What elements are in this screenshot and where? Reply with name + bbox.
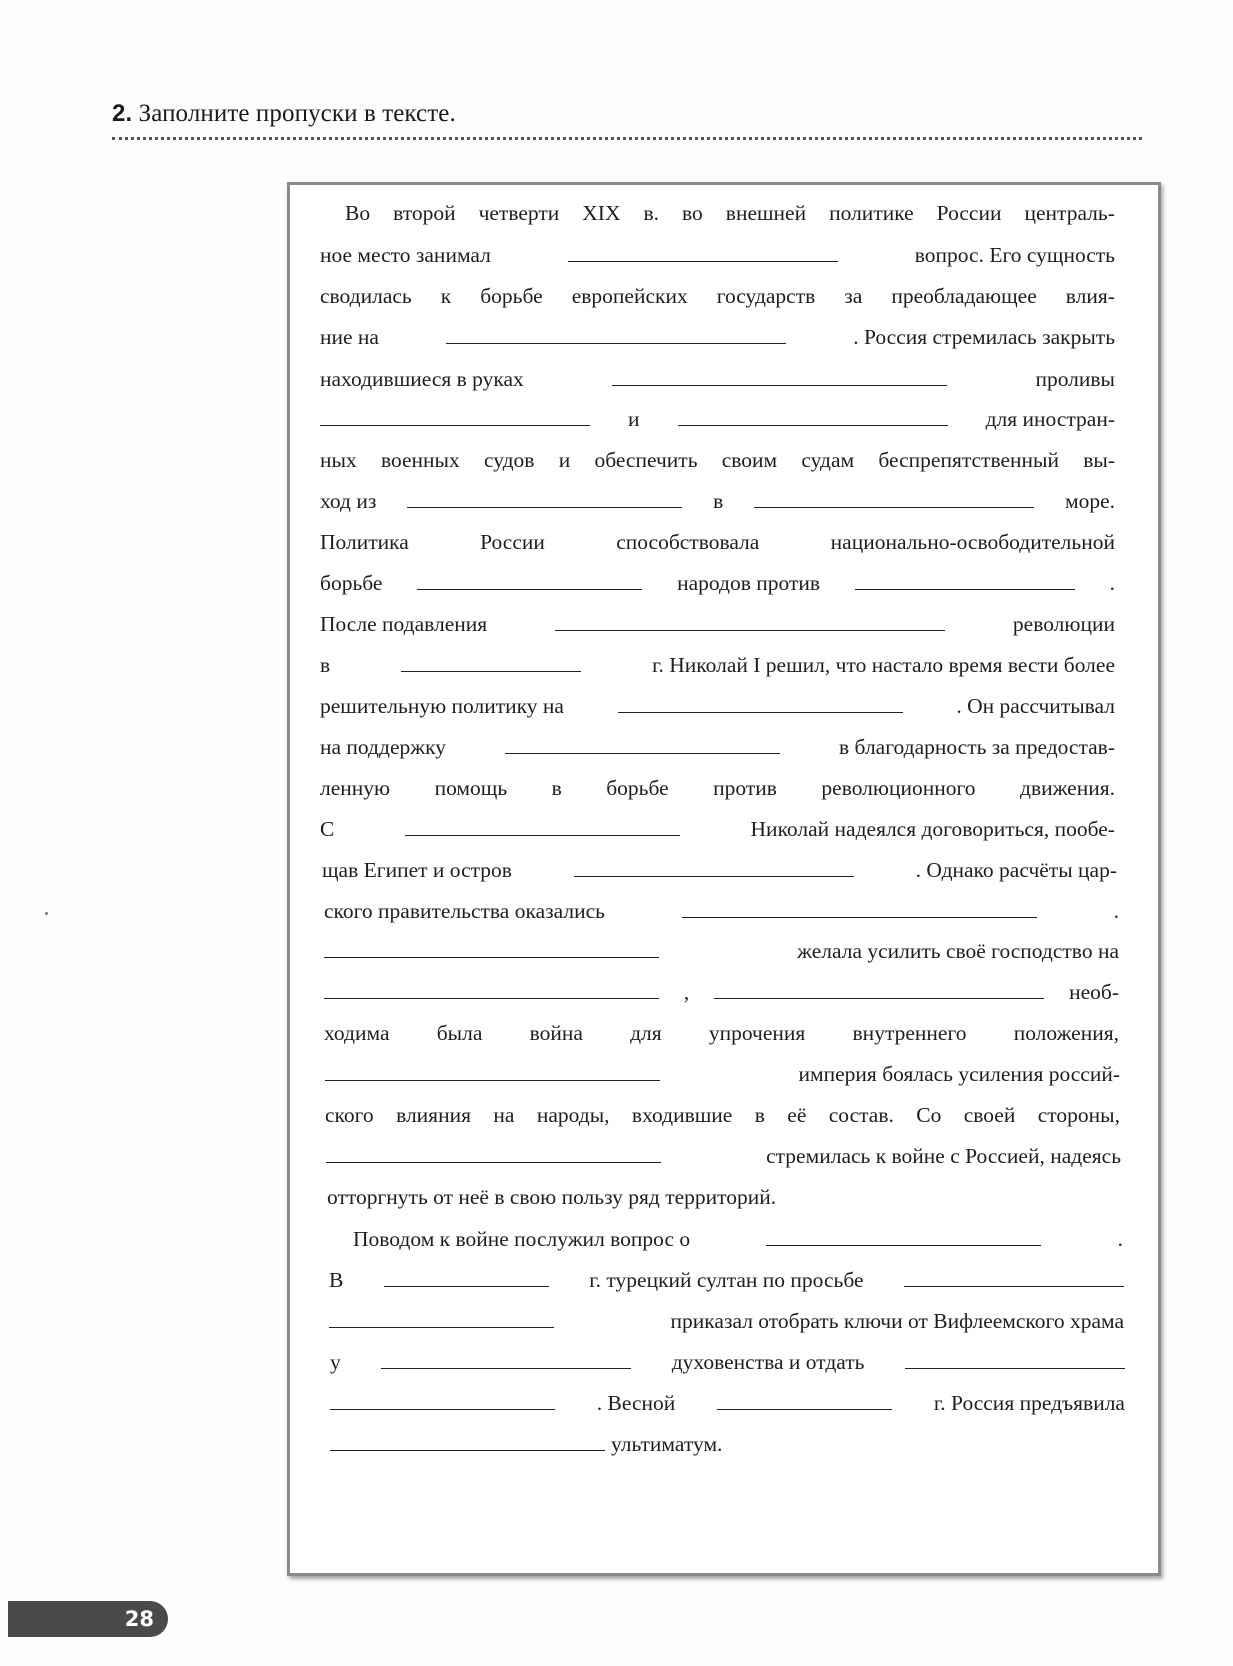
text-word: в.: [644, 200, 660, 226]
task-number: 2.: [112, 100, 132, 127]
scan-speck: [45, 912, 48, 915]
text-word: Во: [345, 200, 370, 226]
text-segment: Николай надеялся договориться, пообе-: [751, 816, 1115, 842]
text-segment: приказал отобрать ключи от Вифлеемского …: [671, 1308, 1124, 1334]
text-line: ского правительства оказались.: [324, 894, 1119, 924]
text-line: ультиматум.: [330, 1427, 1125, 1457]
text-segment: борьбе: [320, 570, 382, 596]
blank-field-23[interactable]: [384, 1286, 549, 1287]
text-word: беспрепятственный: [878, 447, 1059, 473]
text-line: ,необ-: [324, 975, 1119, 1005]
text-word: революционного: [821, 775, 975, 801]
text-word: для: [630, 1020, 662, 1046]
text-segment: ное место занимал: [320, 242, 491, 268]
blank-field-9[interactable]: [855, 589, 1075, 590]
text-segment: империя боялась усиления россий-: [799, 1061, 1120, 1087]
blank-field-26[interactable]: [381, 1368, 631, 1369]
task-header: 2. Заполните пропуски в тексте.: [112, 100, 456, 128]
text-word: вы-: [1083, 447, 1115, 473]
text-line: . Веснойг. Россия предъявила: [330, 1386, 1125, 1416]
text-segment: Поводом к войне послужил вопрос о: [353, 1226, 690, 1252]
text-word: в: [755, 1102, 765, 1128]
text-word: война: [530, 1020, 583, 1046]
text-segment: .: [1110, 570, 1115, 596]
text-word: второй: [393, 200, 455, 226]
text-word: против: [713, 775, 777, 801]
text-line: леннуюпомощьвборьбепротивреволюционногод…: [320, 771, 1115, 801]
text-word: своей: [964, 1102, 1016, 1128]
text-segment: на поддержку: [320, 734, 446, 760]
text-segment: в благодарность за предостав-: [839, 734, 1115, 760]
text-line: скоговлияниянанароды,входившиевеёсостав.…: [325, 1098, 1120, 1128]
text-segment: г. Николай I решил, что настало время ве…: [652, 652, 1115, 678]
text-segment: .: [1114, 898, 1119, 924]
text-segment: ние на: [320, 324, 379, 350]
text-segment: . Он рассчитывал: [956, 693, 1115, 719]
blank-field-18[interactable]: [324, 998, 659, 999]
blank-field-24[interactable]: [904, 1286, 1124, 1287]
text-line: ное место занималвопрос. Его сущность: [320, 238, 1115, 268]
text-word: на: [493, 1102, 514, 1128]
text-word: движения.: [1020, 775, 1115, 801]
text-word: централь-: [1024, 200, 1114, 226]
blank-field-19[interactable]: [714, 998, 1044, 999]
text-word: стороны,: [1038, 1102, 1120, 1128]
text-segment: в: [713, 488, 723, 514]
text-word: судов: [484, 447, 535, 473]
text-word: её: [787, 1102, 806, 1128]
blank-field-16[interactable]: [682, 917, 1037, 918]
text-segment: ультиматум.: [611, 1431, 722, 1457]
blank-field-20[interactable]: [325, 1080, 660, 1081]
text-word: четверти: [479, 200, 560, 226]
blank-field-11[interactable]: [401, 671, 581, 672]
blank-field-4[interactable]: [320, 425, 590, 426]
text-word: XIX: [582, 200, 620, 226]
text-line: вг. Николай I решил, что настало время в…: [320, 648, 1115, 678]
text-segment: народов против: [677, 570, 820, 596]
text-line: желала усилить своё господство на: [324, 934, 1119, 964]
text-line: решительную политику на. Он рассчитывал: [320, 689, 1115, 719]
blank-field-12[interactable]: [618, 712, 903, 713]
text-segment: для иностран-: [986, 406, 1115, 432]
text-word: России: [480, 529, 545, 555]
text-line: ние на. Россия стремилась закрыть: [320, 320, 1115, 350]
blank-field-3[interactable]: [612, 385, 947, 386]
text-word: к: [441, 283, 451, 309]
blank-field-7[interactable]: [754, 507, 1034, 508]
text-word: преобладающее: [891, 283, 1036, 309]
text-word: обеспечить: [594, 447, 697, 473]
text-line: стремилась к войне с Россией, надеясь: [326, 1139, 1121, 1169]
text-segment: ского правительства оказались: [324, 898, 605, 924]
blank-field-28[interactable]: [330, 1409, 555, 1410]
text-word: была: [437, 1020, 483, 1046]
blank-field-29[interactable]: [717, 1409, 892, 1410]
text-segment: С: [320, 816, 334, 842]
text-word: национально-освободительной: [831, 529, 1115, 555]
text-segment: . Россия стремилась закрыть: [853, 324, 1115, 350]
text-line: ПолитикаРоссииспособствоваланационально-…: [320, 525, 1115, 555]
text-word: народы,: [537, 1102, 610, 1128]
text-line: сводиласькборьбеевропейскихгосударствзап…: [320, 279, 1115, 309]
blank-field-10[interactable]: [555, 630, 945, 631]
text-word: своим: [722, 447, 777, 473]
text-line: ныхвоенныхсудовиобеспечитьсвоимсудамбесп…: [320, 443, 1115, 473]
text-word: за: [844, 283, 862, 309]
blank-field-21[interactable]: [326, 1162, 661, 1163]
text-segment: море.: [1065, 488, 1115, 514]
text-segment: ход из: [320, 488, 376, 514]
text-segment: вопрос. Его сущность: [915, 242, 1115, 268]
text-line: ход извморе.: [320, 484, 1115, 514]
blank-field-17[interactable]: [324, 957, 659, 958]
blank-field-15[interactable]: [574, 876, 854, 877]
text-segment: духовенства и отдать: [672, 1349, 865, 1375]
text-segment: После подавления: [320, 611, 487, 637]
text-word: военных: [381, 447, 460, 473]
blank-field-6[interactable]: [407, 507, 682, 508]
text-word: внутреннего: [853, 1020, 967, 1046]
text-word: ходима: [324, 1020, 390, 1046]
text-word: и: [559, 447, 571, 473]
text-line: находившиеся в рукахпроливы: [320, 362, 1115, 392]
page-number-tab: 28: [8, 1601, 168, 1637]
text-segment: у: [330, 1349, 341, 1375]
text-segment: отторгнуть от неё в свою пользу ряд терр…: [327, 1184, 776, 1210]
blank-field-1[interactable]: [568, 261, 838, 262]
text-line: приказал отобрать ключи от Вифлеемского …: [329, 1304, 1124, 1334]
text-segment: . Однако расчёты цар-: [916, 857, 1117, 883]
text-word: сводилась: [320, 283, 412, 309]
text-word: борьбе: [606, 775, 668, 801]
text-segment: находившиеся в руках: [320, 366, 524, 392]
text-word: входившие: [632, 1102, 732, 1128]
text-line: на поддержкув благодарность за предостав…: [320, 730, 1115, 760]
text-segment: желала усилить своё господство на: [797, 938, 1119, 964]
blank-field-5[interactable]: [678, 425, 948, 426]
text-word: политике: [829, 200, 914, 226]
page-number: 28: [125, 1607, 154, 1631]
text-segment: в: [320, 652, 330, 678]
text-line: щав Египет и остров. Однако расчёты цар-: [322, 853, 1117, 883]
text-word: положения,: [1014, 1020, 1119, 1046]
text-word: государств: [717, 283, 816, 309]
text-segment: стремилась к войне с Россией, надеясь: [766, 1143, 1121, 1169]
dotted-divider: [112, 137, 1142, 140]
text-segment: проливы: [1035, 366, 1115, 392]
text-word: ных: [320, 447, 357, 473]
blank-field-22[interactable]: [766, 1245, 1041, 1246]
text-word: ленную: [320, 775, 390, 801]
text-word: европейских: [572, 283, 688, 309]
text-segment: революции: [1013, 611, 1115, 637]
text-word: состав.: [829, 1102, 894, 1128]
blank-field-25[interactable]: [329, 1327, 554, 1328]
text-word: Политика: [320, 529, 409, 555]
text-word: во: [682, 200, 703, 226]
text-line: империя боялась усиления россий-: [325, 1057, 1120, 1087]
blank-field-30[interactable]: [330, 1450, 605, 1451]
text-word: способствовала: [616, 529, 759, 555]
blank-field-8[interactable]: [417, 589, 642, 590]
text-line: борьбенародов против.: [320, 566, 1115, 596]
text-line: отторгнуть от неё в свою пользу ряд терр…: [327, 1180, 1122, 1210]
blank-field-27[interactable]: [905, 1368, 1125, 1369]
blank-field-14[interactable]: [405, 835, 680, 836]
text-segment: решительную политику на: [320, 693, 564, 719]
text-line: После подавленияреволюции: [320, 607, 1115, 637]
text-word: судам: [801, 447, 854, 473]
text-line: Поводом к войне послужил вопрос о.: [328, 1222, 1123, 1252]
text-segment: ,: [684, 979, 689, 1005]
task-instruction: Заполните пропуски в тексте.: [139, 100, 456, 127]
text-line: Вг. турецкий султан по просьбе: [329, 1263, 1124, 1293]
text-segment: г. Россия предъявила: [934, 1390, 1125, 1416]
text-line: ходимабылавойнадляупрочениявнутреннегопо…: [324, 1016, 1119, 1046]
text-word: влияния: [396, 1102, 471, 1128]
text-line: удуховенства и отдать: [330, 1345, 1125, 1375]
text-segment: и: [628, 406, 640, 432]
text-segment: . Весной: [597, 1390, 675, 1416]
text-word: влия-: [1066, 283, 1115, 309]
text-word: внешней: [726, 200, 806, 226]
text-line: идля иностран-: [320, 402, 1115, 432]
text-segment: необ-: [1069, 979, 1119, 1005]
blank-field-13[interactable]: [505, 753, 780, 754]
text-segment: В: [329, 1267, 343, 1293]
text-word: Со: [916, 1102, 941, 1128]
text-word: России: [937, 200, 1002, 226]
text-word: в: [552, 775, 562, 801]
text-word: ского: [325, 1102, 374, 1128]
text-line: ВовторойчетвертиXIXв.вовнешнейполитикеРо…: [320, 196, 1115, 226]
text-segment: г. турецкий султан по просьбе: [589, 1267, 863, 1293]
text-line: СНиколай надеялся договориться, пообе-: [320, 812, 1115, 842]
text-word: помощь: [435, 775, 508, 801]
blank-field-2[interactable]: [446, 343, 786, 344]
text-word: упрочения: [709, 1020, 805, 1046]
text-segment: .: [1118, 1226, 1123, 1252]
text-segment: щав Египет и остров: [322, 857, 512, 883]
text-word: борьбе: [480, 283, 542, 309]
